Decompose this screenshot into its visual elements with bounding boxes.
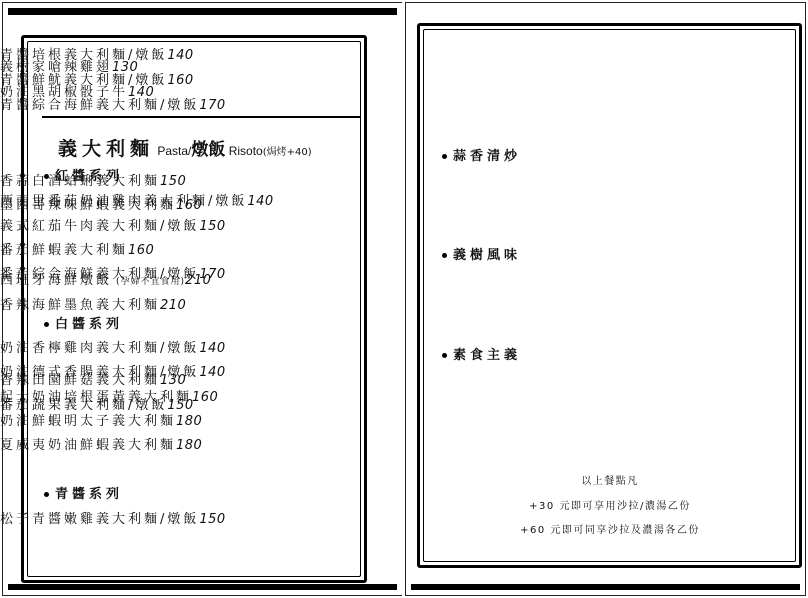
item-price: 180 — [176, 414, 202, 429]
menu-item: 義式紅茄牛肉義大利麵/燉飯 150 — [0, 215, 226, 234]
item-name: 香辣田園鮮菇義大利麵 — [0, 369, 160, 388]
footer-note-line-2: +30 元即可享用沙拉/濃湯乙份 — [420, 497, 800, 512]
item-name: 香辣海鮮墨魚義大利麵 — [0, 294, 160, 313]
item-name: 青醬綜合海鮮義大利麵/燉飯 — [0, 94, 199, 113]
menu-item: 番茄蔬果義大利麵/燉飯 150 — [0, 394, 194, 413]
item-name: 番茄蔬果義大利麵/燉飯 — [0, 394, 167, 413]
menu-item: 香蒜白酒蛤蜊義大利麵 150 — [0, 170, 186, 189]
item-price: 150 — [199, 512, 225, 527]
bullet-icon — [44, 322, 49, 327]
section-title-garlic: 蒜香清炒 — [442, 145, 521, 164]
heading-pasta-en: Pasta/ — [154, 144, 191, 158]
menu-item: 番茄鮮蝦義大利麵 160 — [0, 239, 154, 258]
item-price: 130 — [160, 373, 186, 388]
menu-item: 西班牙海鮮燉飯(孕婦不宜食用) 210 — [0, 269, 211, 288]
item-name: 奶油香檸雞肉義大利麵/燉飯 — [0, 337, 199, 356]
item-name: 松子青醬嫩雞義大利麵/燉飯 — [0, 508, 199, 527]
bullet-icon — [442, 154, 447, 159]
menu-item: 奶油香檸雞肉義大利麵/燉飯 140 — [0, 337, 226, 356]
top-border-bar — [8, 8, 397, 15]
heading-surcharge-note: (焗烤+40) — [263, 147, 312, 158]
bottom-border-bar — [8, 584, 397, 590]
bottom-border-bar — [411, 584, 800, 590]
section-title-house-specials: 義樹風味 — [442, 244, 521, 263]
item-price: 140 — [247, 194, 273, 209]
item-price: 160 — [167, 73, 193, 88]
heading-risotto-zh: 燉飯 — [191, 140, 225, 160]
bullet-icon — [442, 253, 447, 258]
footer-note-line-3: +60 元即可同享沙拉及濃湯各乙份 — [420, 521, 800, 536]
item-price: 150 — [160, 174, 186, 189]
heading-risotto-en: Risoto — [225, 144, 262, 158]
heading-pasta-zh: 義大利麵 — [58, 138, 154, 160]
item-name: 墨西哥辣味鮮蝦義大利麵 — [0, 194, 176, 213]
item-price: 140 — [199, 341, 225, 356]
item-price: 160 — [192, 390, 218, 405]
item-price: 140 — [167, 48, 193, 63]
item-note: (孕婦不宜食用) — [116, 277, 185, 287]
item-name: 西班牙海鮮燉飯(孕婦不宜食用) — [0, 269, 185, 288]
footer-note-line-1: 以上餐點凡 — [420, 472, 800, 487]
item-name: 番茄鮮蝦義大利麵 — [0, 239, 128, 258]
item-price: 150 — [167, 398, 193, 413]
pasta-risotto-heading: 義大利麵 Pasta/燉飯 Risoto(焗烤+40) — [58, 134, 312, 161]
item-price: 210 — [160, 298, 186, 313]
item-price: 160 — [176, 198, 202, 213]
item-price: 150 — [199, 219, 225, 234]
menu-item: 松子青醬嫩雞義大利麵/燉飯 150 — [0, 508, 226, 527]
section-title-white-sauce: 白醬系列 — [44, 313, 123, 332]
item-name: 義式紅茄牛肉義大利麵/燉飯 — [0, 215, 199, 234]
menu-item: 香辣海鮮墨魚義大利麵 210 — [0, 294, 186, 313]
item-name: 青醬培根義大利麵/燉飯 — [0, 44, 167, 63]
menu-item: 墨西哥辣味鮮蝦義大利麵 160 — [0, 194, 202, 213]
menu-item: 香辣田園鮮菇義大利麵 130 — [0, 369, 186, 388]
item-price: 160 — [128, 243, 154, 258]
item-price: 180 — [176, 438, 202, 453]
item-name: 青醬鮮魷義大利麵/燉飯 — [0, 69, 167, 88]
menu-item: 夏威夷奶油鮮蝦義大利麵 180 — [0, 434, 202, 453]
bullet-icon — [44, 492, 49, 497]
menu-item: 青醬鮮魷義大利麵/燉飯 160 — [0, 69, 194, 88]
menu-item: 青醬綜合海鮮義大利麵/燉飯 170 — [0, 94, 226, 113]
item-name: 香蒜白酒蛤蜊義大利麵 — [0, 170, 160, 189]
item-price: 140 — [199, 365, 225, 380]
menu-item: 青醬培根義大利麵/燉飯 140 — [0, 44, 194, 63]
item-price: 170 — [199, 98, 225, 113]
section-divider — [42, 116, 360, 118]
item-price: 210 — [185, 273, 211, 288]
bullet-icon — [442, 353, 447, 358]
section-title-vegetarian: 素食主義 — [442, 344, 521, 363]
item-name: 夏威夷奶油鮮蝦義大利麵 — [0, 434, 176, 453]
section-title-pesto: 青醬系列 — [44, 483, 123, 502]
